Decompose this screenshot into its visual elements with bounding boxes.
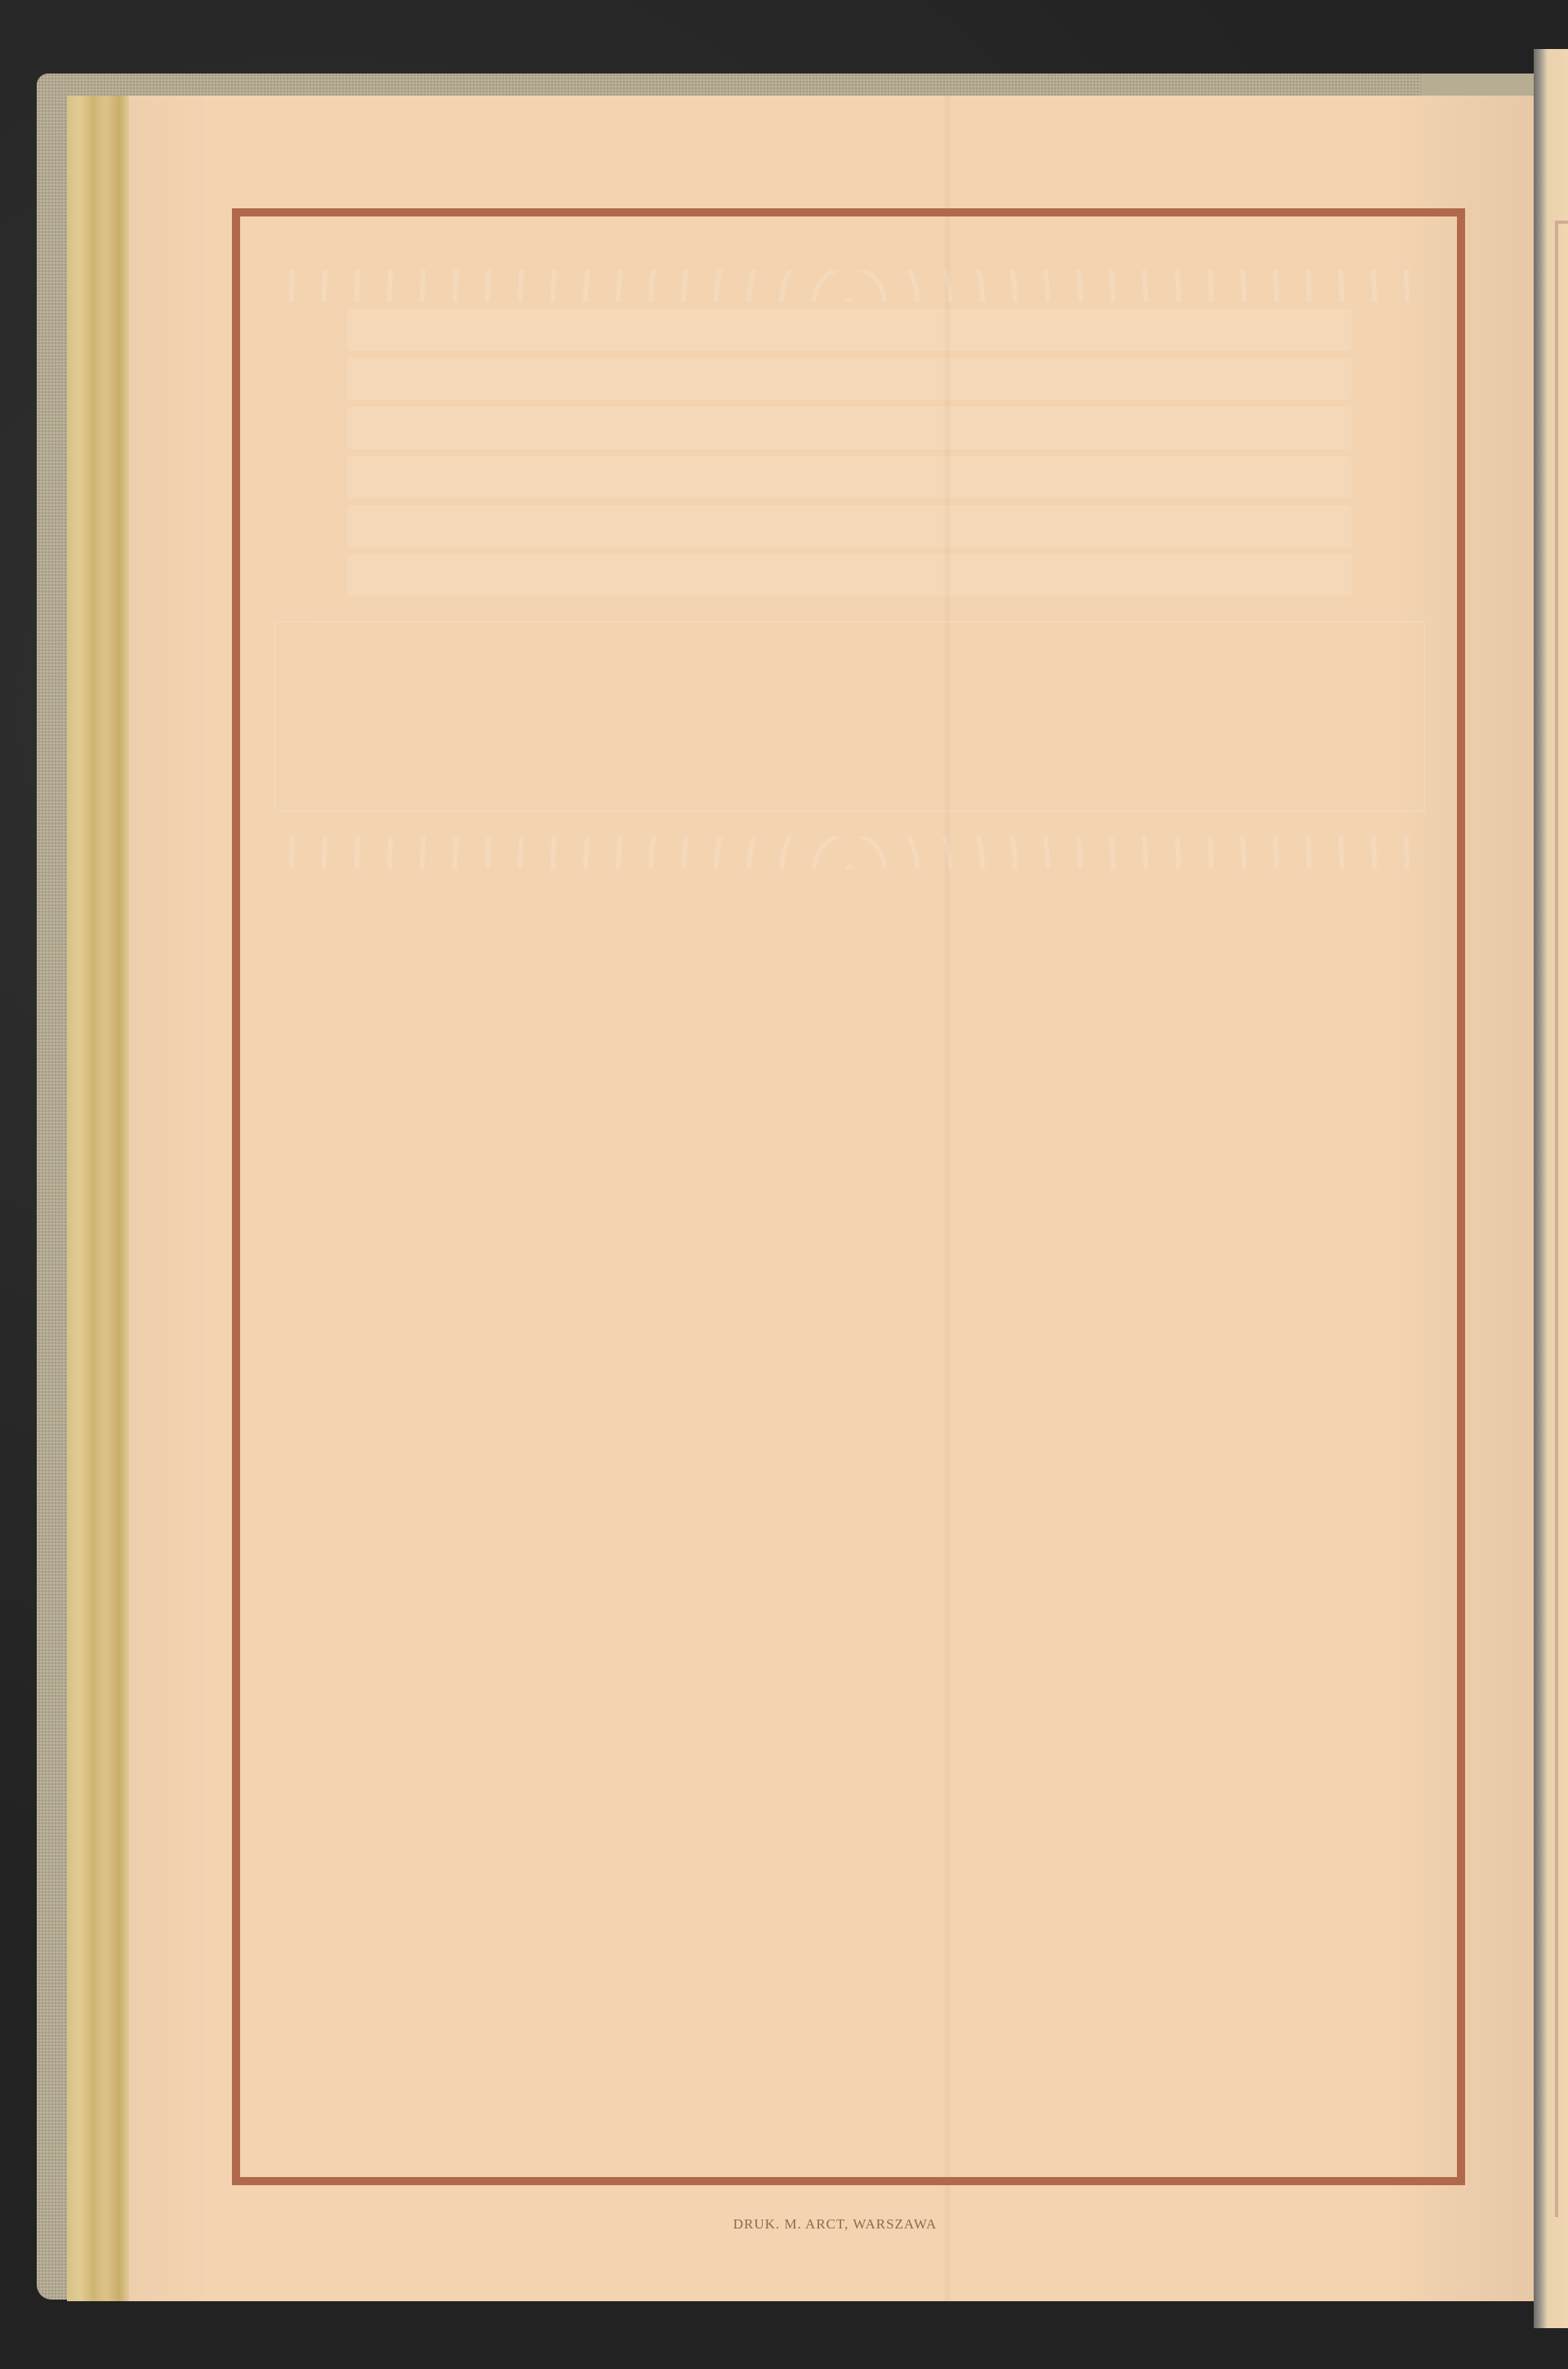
decorative-frame xyxy=(232,208,1465,2185)
page-edges xyxy=(67,96,132,2301)
adjacent-page-frame xyxy=(1555,221,1568,2217)
printer-imprint: DRUK. M. ARCT, WARSZAWA xyxy=(0,2216,1568,2233)
cover-top-edge xyxy=(1421,74,1535,96)
